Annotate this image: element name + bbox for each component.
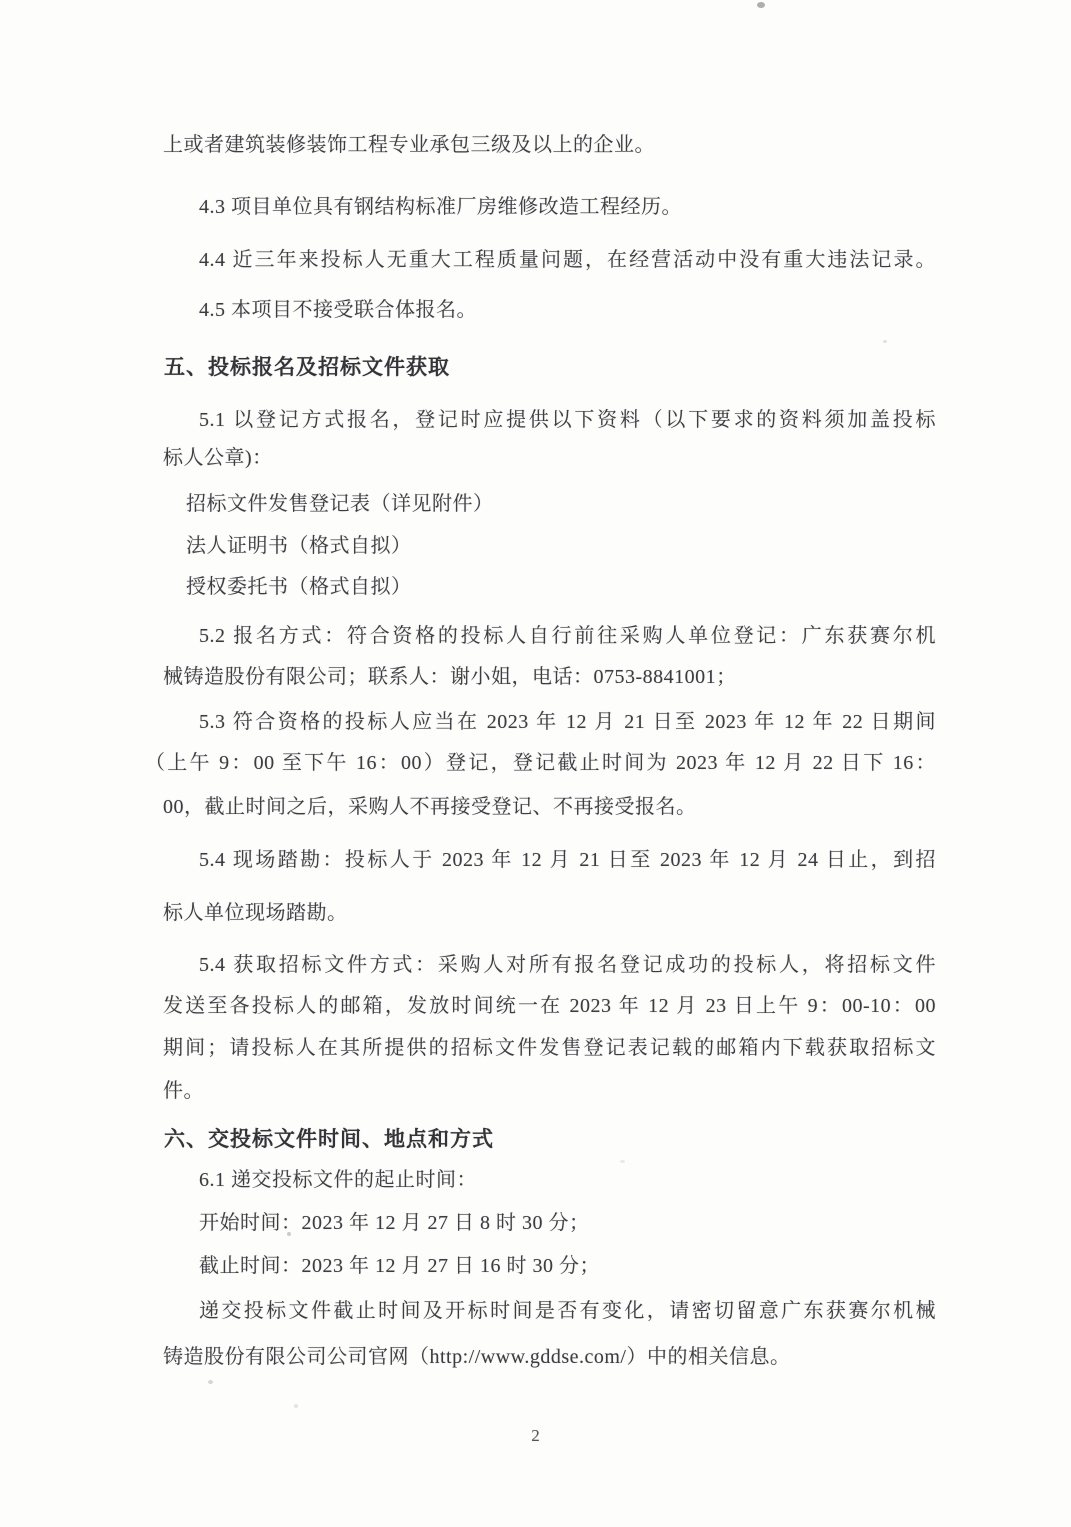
section5-p52-line2: 械铸造股份有限公司；联系人：谢小姐，电话：0753-8841001； xyxy=(163,662,737,692)
section5-p54b-line2: 发送至各投标人的邮箱，发放时间统一在 2023 年 12 月 23 日上午 9：… xyxy=(163,991,936,1021)
scan-speck xyxy=(294,1404,298,1408)
section4-item-4-3: 4.3 项目单位具有钢结构标准厂房维修改造工程经历。 xyxy=(199,192,682,222)
section5-p51-line1: 5.1 以登记方式报名，登记时应提供以下资料（以下要求的资料须加盖投标 xyxy=(199,405,936,435)
scan-speck xyxy=(208,1380,213,1384)
section5-attachment-legal-person-certificate: 法人证明书（格式自拟） xyxy=(186,531,412,561)
section5-heading: 五、投标报名及招标文件获取 xyxy=(164,352,450,382)
scan-speck xyxy=(620,1160,625,1163)
section5-p54a-line1: 5.4 现场踏勘：投标人于 2023 年 12 月 21 日至 2023 年 1… xyxy=(199,845,936,875)
section6-notice-line1: 递交投标文件截止时间及开标时间是否有变化，请密切留意广东获赛尔机械 xyxy=(199,1296,936,1326)
section4-carryover-line: 上或者建筑装修装饰工程专业承包三级及以上的企业。 xyxy=(163,130,655,160)
section5-p54b-line1: 5.4 获取招标文件方式：采购人对所有报名登记成功的投标人，将招标文件 xyxy=(199,950,936,980)
section5-p54a-line2: 标人单位现场踏勘。 xyxy=(163,898,348,928)
section4-item-4-4: 4.4 近三年来投标人无重大工程质量问题，在经营活动中没有重大违法记录。 xyxy=(199,245,936,275)
section5-p53-line2: （上午 9：00 至下午 16：00）登记，登记截止时间为 2023 年 12 … xyxy=(145,748,936,778)
section5-p54b-line3: 期间；请投标人在其所提供的招标文件发售登记表记载的邮箱内下载获取招标文 xyxy=(163,1033,936,1063)
section4-item-4-5: 4.5 本项目不接受联合体报名。 xyxy=(199,295,477,325)
scan-speck xyxy=(883,340,887,343)
section6-notice-line2: 铸造股份有限公司公司官网（http://www.gddse.com/）中的相关信… xyxy=(163,1342,790,1372)
section5-p51-line2: 标人公章)： xyxy=(163,443,273,473)
section6-end-time: 截止时间：2023 年 12 月 27 日 16 时 30 分； xyxy=(199,1251,600,1281)
section5-attachment-power-of-attorney: 授权委托书（格式自拟） xyxy=(186,572,412,602)
section5-p53-line1: 5.3 符合资格的投标人应当在 2023 年 12 月 21 日至 2023 年… xyxy=(199,707,936,737)
section5-p54b-line4: 件。 xyxy=(163,1076,204,1106)
section5-p53-line3: 00，截止时间之后，采购人不再接受登记、不再接受报名。 xyxy=(163,792,697,822)
scan-speck xyxy=(757,2,765,8)
scanned-document-page: 上或者建筑装修装饰工程专业承包三级及以上的企业。 4.3 项目单位具有钢结构标准… xyxy=(0,0,1071,1527)
section5-p52-line1: 5.2 报名方式：符合资格的投标人自行前往采购人单位登记：广东获赛尔机 xyxy=(199,621,936,651)
section5-attachment-registration-form: 招标文件发售登记表（详见附件） xyxy=(186,489,494,519)
page-number: 2 xyxy=(0,1426,1071,1446)
section6-p61: 6.1 递交投标文件的起止时间： xyxy=(199,1165,477,1195)
section6-start-time: 开始时间：2023 年 12 月 27 日 8 时 30 分； xyxy=(199,1208,590,1238)
section6-heading: 六、交投标文件时间、地点和方式 xyxy=(164,1124,494,1154)
